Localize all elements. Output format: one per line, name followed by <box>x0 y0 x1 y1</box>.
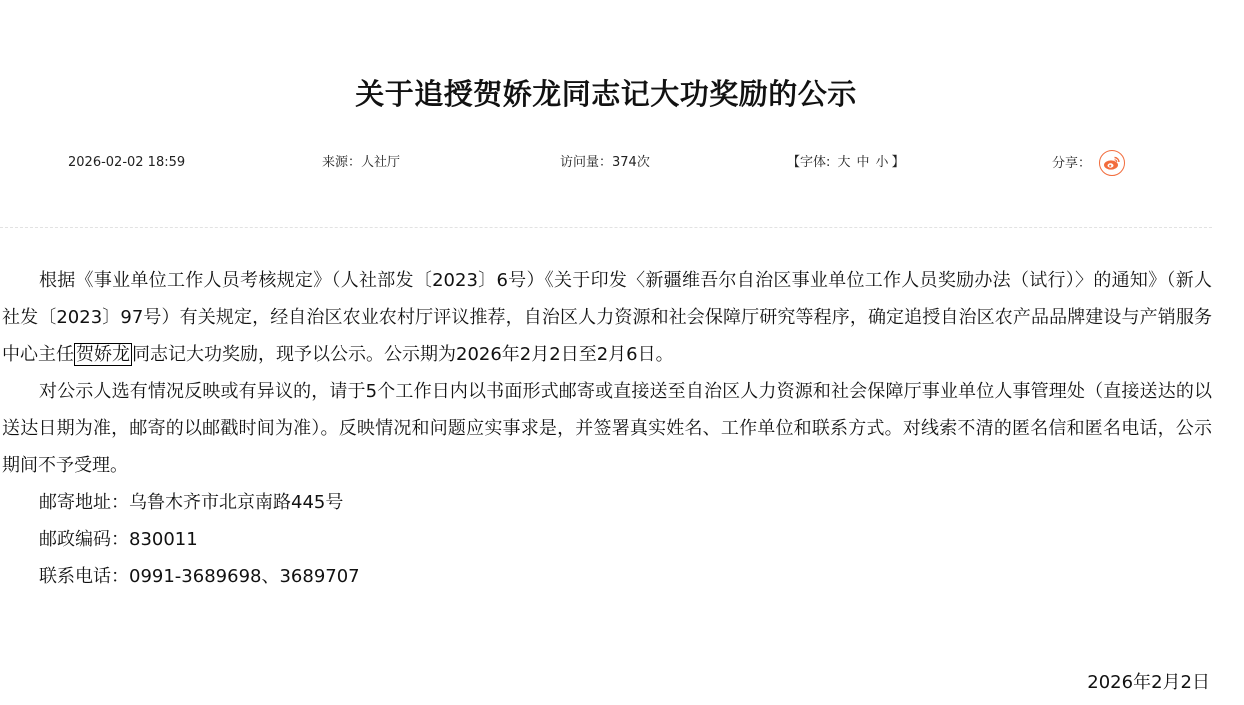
paragraph-basis: 根据《事业单位工作人员考核规定》（人社部发〔2023〕6号）《关于印发〈新疆维吾… <box>2 262 1212 373</box>
share: 分享： <box>1052 152 1125 176</box>
font-open: 【字体: <box>787 155 835 170</box>
share-label: 分享： <box>1052 153 1091 175</box>
source-label: 来源： <box>322 155 361 170</box>
weibo-icon <box>1103 155 1121 171</box>
font-size-medium[interactable]: 中 <box>857 155 870 170</box>
mailing-address: 邮寄地址：乌鲁木齐市北京南路445号 <box>2 484 1212 521</box>
source-value: 人社厅 <box>361 155 400 170</box>
source: 来源：人社厅 <box>322 152 400 174</box>
weibo-share-button[interactable] <box>1099 150 1125 176</box>
header-divider <box>0 227 1212 228</box>
visits-label: 访问量： <box>560 155 612 170</box>
font-size-large[interactable]: 大 <box>838 155 851 170</box>
article-meta: 2026-02-02 18:59 来源：人社厅 访问量：374次 【字体: 大中… <box>0 152 1244 174</box>
page-title: 关于追授贺娇龙同志记大功奖励的公示 <box>0 72 1212 116</box>
font-size-switcher: 【字体: 大中小】 <box>787 152 905 174</box>
font-close: 】 <box>892 155 905 170</box>
paragraph-objection: 对公示人选有情况反映或有异议的，请于5个工作日内以书面形式邮寄或直接送至自治区人… <box>2 373 1212 484</box>
publish-date: 2026-02-02 18:59 <box>68 152 185 174</box>
highlighted-name: 贺娇龙 <box>74 343 132 366</box>
visit-count: 访问量：374次 <box>560 152 650 174</box>
visits-value: 374次 <box>612 155 650 170</box>
article-body: 根据《事业单位工作人员考核规定》（人社部发〔2023〕6号）《关于印发〈新疆维吾… <box>2 262 1212 595</box>
postal-code: 邮政编码：830011 <box>2 521 1212 558</box>
contact-phone: 联系电话：0991-3689698、3689707 <box>2 558 1212 595</box>
paragraph-basis-text-end: 同志记大功奖励，现予以公示。公示期为2026年2月2日至2月6日。 <box>132 344 674 365</box>
signature-date: 2026年2月2日 <box>1087 666 1210 700</box>
font-size-small[interactable]: 小 <box>876 155 889 170</box>
